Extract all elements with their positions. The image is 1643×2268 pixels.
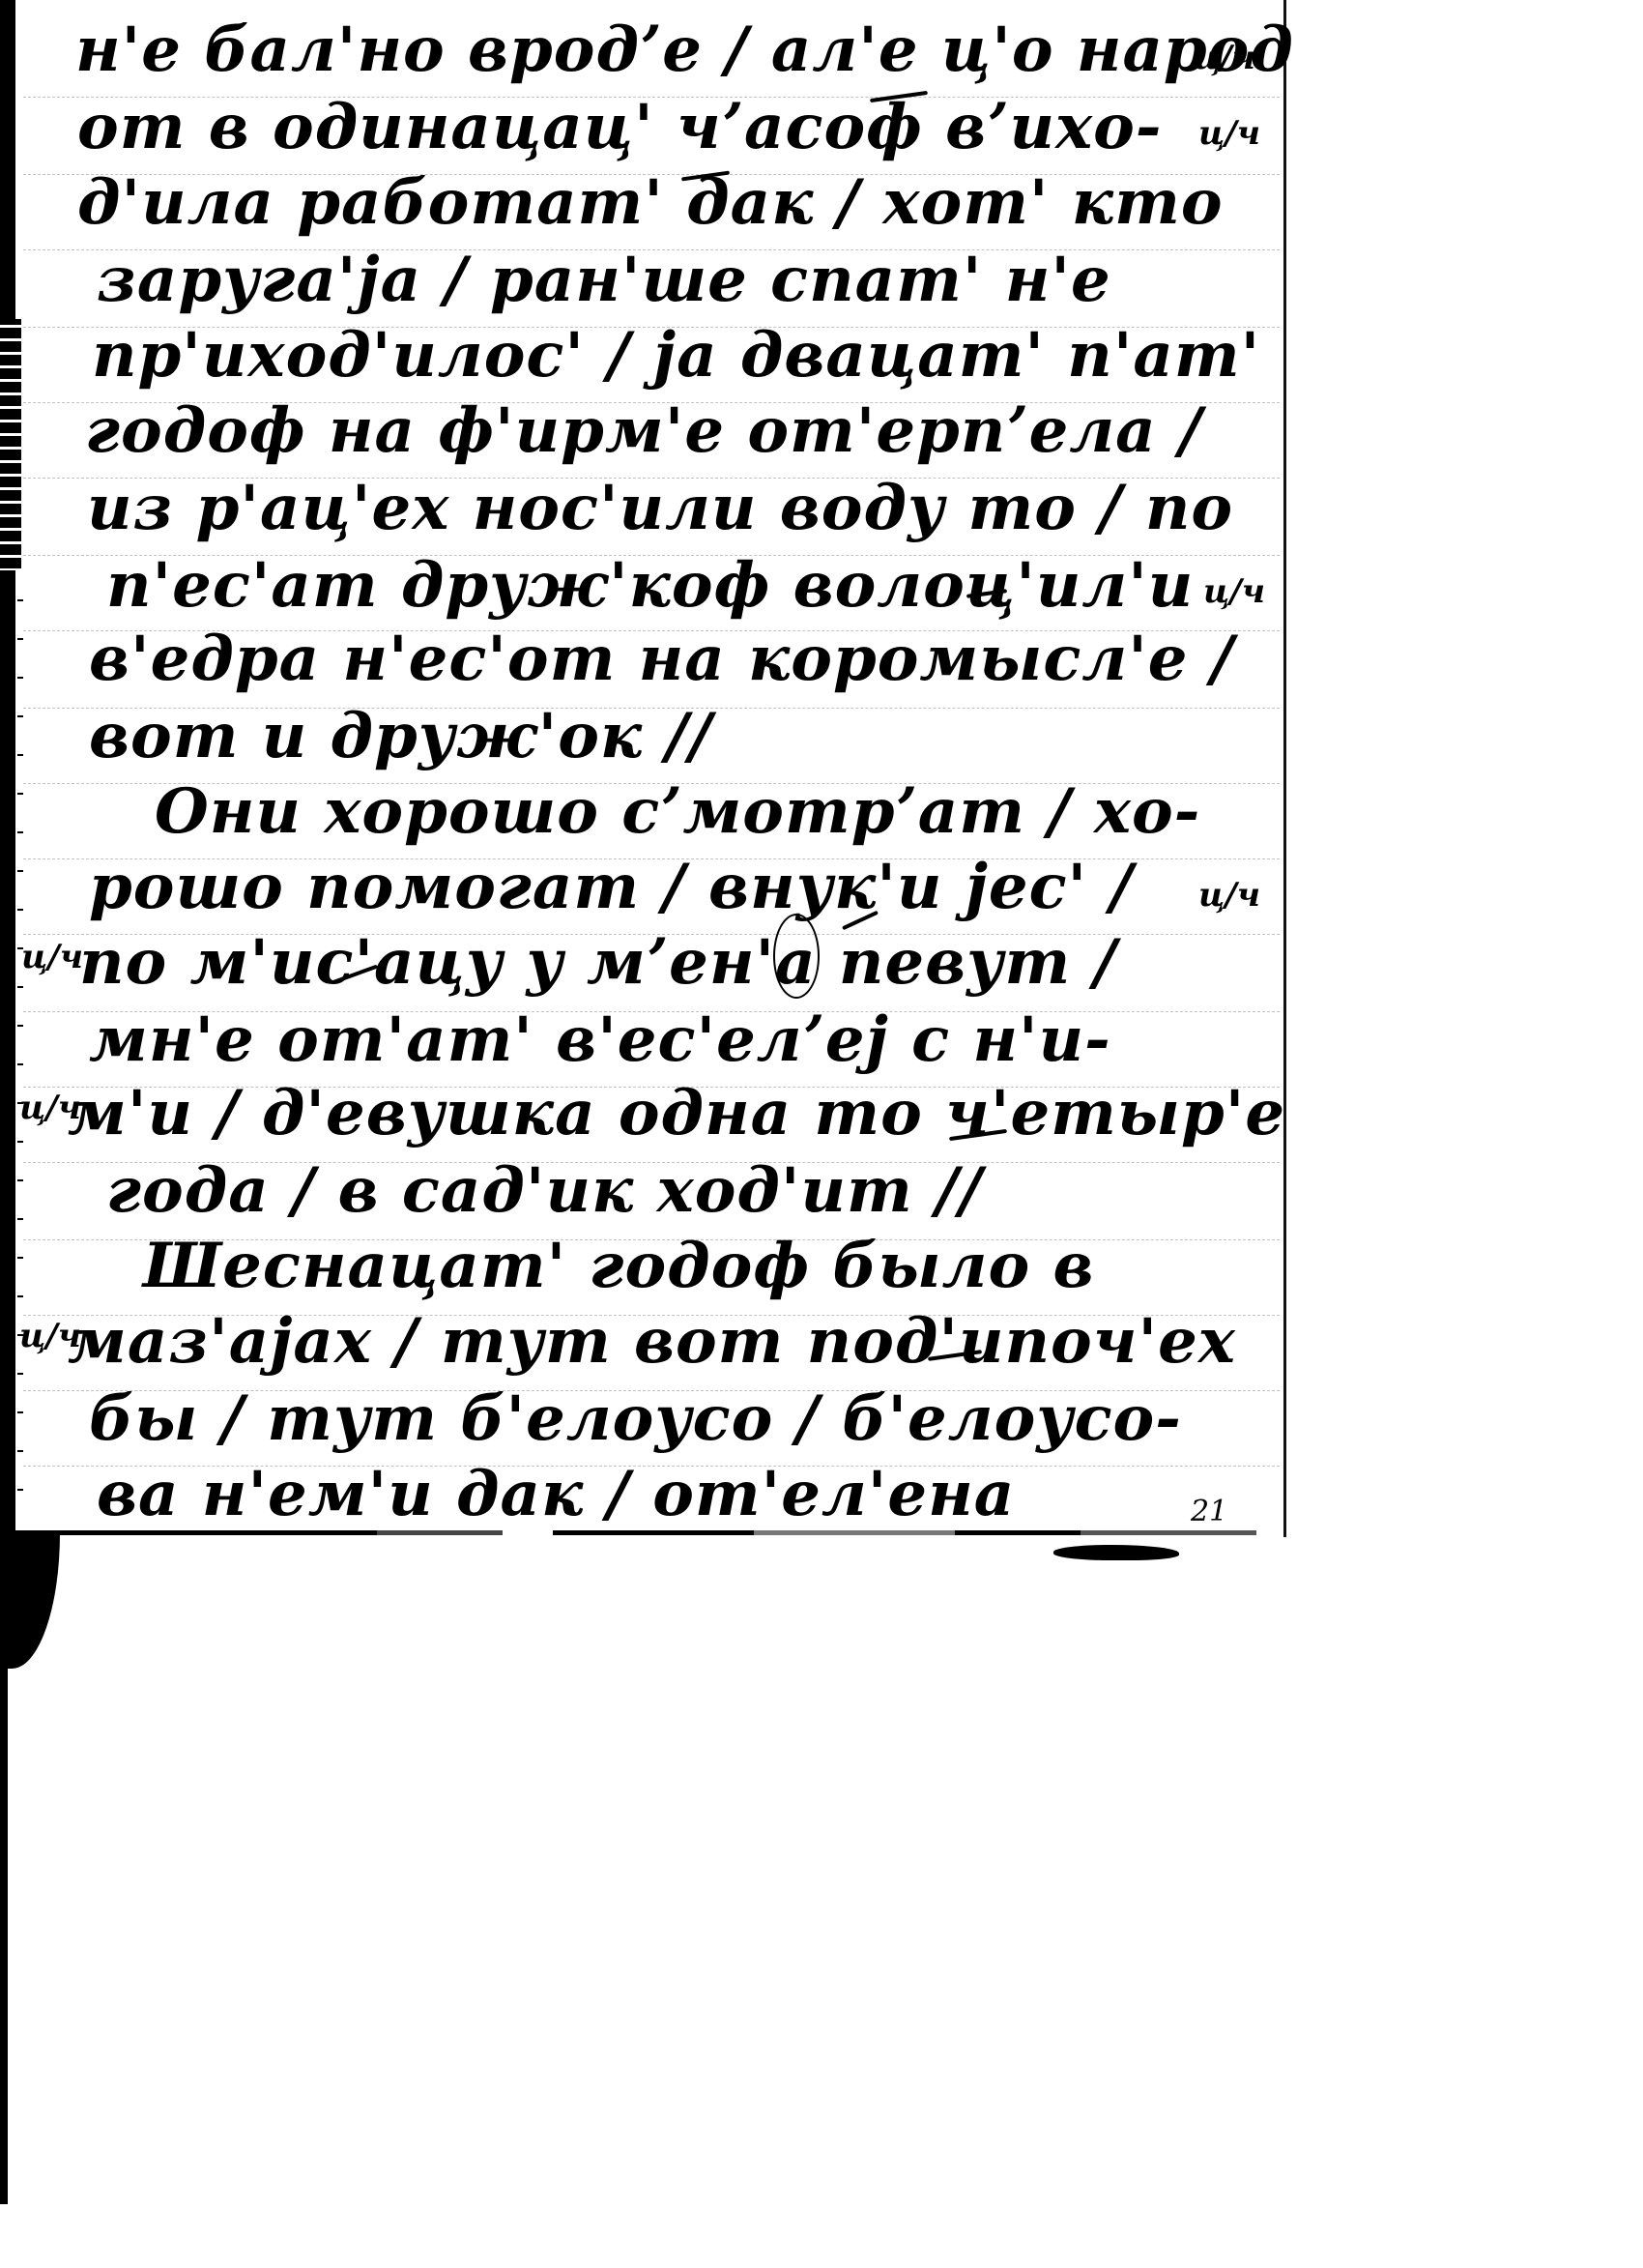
text-line-7: из р'ац'ех нос'или воду то / по <box>87 478 1233 539</box>
text-line-1: н'е бал'но вродʼе / ал'е ц'о народ <box>75 19 1294 81</box>
text-line-10: вот и друж'ок // <box>89 706 712 768</box>
text-line-16: года / в сад'ик ход'ит // <box>106 1160 983 1222</box>
page-bottom-edge <box>0 1530 1256 1535</box>
margin-ticks <box>17 599 23 1527</box>
scanned-page: н'е бал'но вродʼе / ал'е ц'о народ ц/ч о… <box>0 0 1643 2268</box>
text-line-9: в'едра н'ес'от на коромысл'е / <box>89 628 1234 690</box>
text-line-20: ва н'ем'и дак / от'ел'ена <box>97 1464 1015 1526</box>
text-line-18: маз'ајах / тут вот под'ипоч'ех <box>68 1311 1236 1373</box>
scan-left-edge-tear <box>0 319 21 570</box>
circle-mark <box>773 914 820 999</box>
margin-note-2: ц/ч <box>1198 114 1260 153</box>
text-line-13: по м'ис'ацу у мʼен'а певут / <box>79 932 1117 994</box>
ink-smudge <box>1053 1545 1179 1560</box>
scan-shadow-strip <box>0 1643 8 2204</box>
text-line-3: д'ила работат' дак / хот' кто <box>77 172 1224 234</box>
margin-note-3: ц/ч <box>1203 572 1265 611</box>
text-line-11: Они хорошо сʼмотрʼат / хо- <box>155 781 1200 843</box>
text-line-15: м'и / д'евушка одна то ч'етыр'е <box>68 1083 1285 1145</box>
margin-note-5: ц/ч <box>21 938 83 976</box>
text-line-12: рошо помогат / внук'и јес' / <box>89 857 1134 918</box>
text-line-4: заруга'ја / ран'ше спат' н'е <box>97 249 1111 311</box>
text-line-19: бы / тут б'елоусо / б'елоусо- <box>89 1388 1182 1450</box>
text-line-17: Шеснацат' годоф было в <box>143 1236 1095 1297</box>
text-line-14: мн'е от'ат' в'ес'елʼеј с н'и- <box>89 1009 1111 1071</box>
page-number: 21 <box>1191 1495 1227 1528</box>
scan-left-edge <box>0 0 15 1537</box>
margin-note-1: ц/ч <box>1194 39 1255 77</box>
text-line-5: пр'иход'илос' / ја двацат' п'ат' <box>92 325 1260 387</box>
scan-shadow-blotch <box>0 1533 60 1669</box>
margin-note-4: ц/ч <box>1198 876 1260 915</box>
text-line-6: годоф на ф'ирм'е от'ерпʼела / <box>85 400 1202 462</box>
page-right-edge <box>1283 0 1286 1537</box>
text-line-8: п'ес'ат друж'коф волоц'ил'и <box>106 555 1194 617</box>
text-line-2: от в одинацац' чʼасоф вʼихо- <box>77 97 1162 159</box>
